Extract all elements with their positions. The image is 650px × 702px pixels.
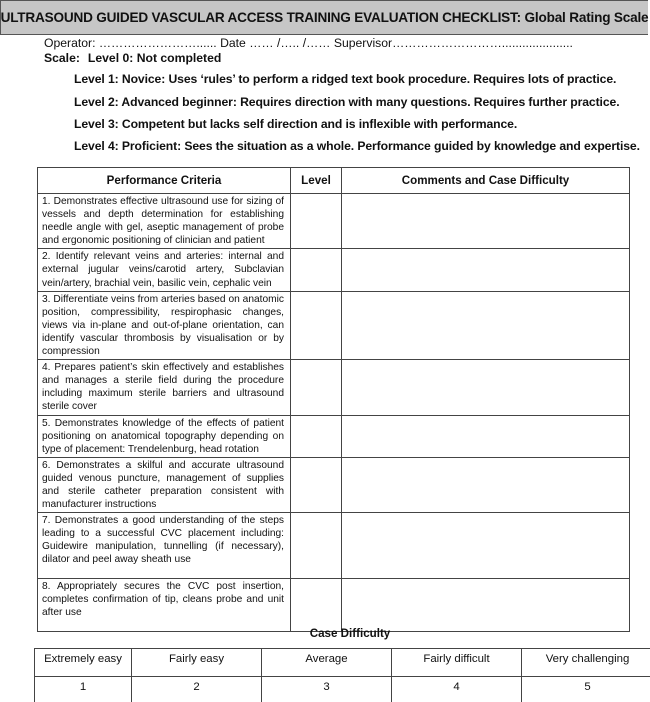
difficulty-values-row: 1 2 3 4 5 — [35, 677, 650, 702]
criterion-text: 6. Demonstrates a skilful and accurate u… — [38, 457, 291, 512]
table-row: 3. Differentiate veins from arteries bas… — [38, 291, 630, 359]
comments-cell[interactable] — [342, 249, 630, 291]
table-row: 7. Demonstrates a good understanding of … — [38, 513, 630, 579]
scale-level-2: Level 2: Advanced beginner: Requires dir… — [74, 95, 620, 109]
scale-label: Scale: — [44, 51, 80, 65]
level-cell[interactable] — [291, 360, 342, 415]
level-cell[interactable] — [291, 415, 342, 457]
scale-level-text: Level 0: Not completed — [88, 51, 221, 65]
table-row: 5. Demonstrates knowledge of the effects… — [38, 415, 630, 457]
difficulty-option-2[interactable]: 2 — [132, 677, 262, 702]
level-cell[interactable] — [291, 513, 342, 579]
difficulty-option-5[interactable]: 5 — [522, 677, 650, 702]
level-cell[interactable] — [291, 194, 342, 249]
checklist-title: ULTRASOUND GUIDED VASCULAR ACCESS TRAINI… — [1, 10, 649, 25]
level-cell[interactable] — [291, 457, 342, 512]
comments-cell[interactable] — [342, 360, 630, 415]
header-comments: Comments and Case Difficulty — [342, 168, 630, 194]
table-row: 6. Demonstrates a skilful and accurate u… — [38, 457, 630, 512]
difficulty-label: Very challenging — [522, 649, 650, 677]
criterion-text: 2. Identify relevant veins and arteries:… — [38, 249, 291, 291]
difficulty-label: Fairly difficult — [392, 649, 522, 677]
scale-level-0: Scale:Level 0: Not completed — [44, 51, 221, 65]
header-level: Level — [291, 168, 342, 194]
comments-cell[interactable] — [342, 579, 630, 632]
table-row: 4. Prepares patient’s skin effectively a… — [38, 360, 630, 415]
criteria-header-row: Performance Criteria Level Comments and … — [38, 168, 630, 194]
checklist-title-bar: ULTRASOUND GUIDED VASCULAR ACCESS TRAINI… — [0, 0, 648, 35]
comments-cell[interactable] — [342, 513, 630, 579]
performance-criteria-table: Performance Criteria Level Comments and … — [37, 167, 630, 632]
criterion-text: 8. Appropriately secures the CVC post in… — [38, 579, 291, 632]
difficulty-label: Average — [262, 649, 392, 677]
difficulty-label: Extremely easy — [35, 649, 132, 677]
criterion-text: 3. Differentiate veins from arteries bas… — [38, 291, 291, 359]
difficulty-label: Fairly easy — [132, 649, 262, 677]
level-cell[interactable] — [291, 579, 342, 632]
case-difficulty-table: Extremely easy Fairly easy Average Fairl… — [34, 648, 650, 702]
table-row: 8. Appropriately secures the CVC post in… — [38, 579, 630, 632]
level-cell[interactable] — [291, 249, 342, 291]
criterion-text: 5. Demonstrates knowledge of the effects… — [38, 415, 291, 457]
scale-level-4: Level 4: Proficient: Sees the situation … — [74, 139, 640, 153]
scale-level-1: Level 1: Novice: Uses ‘rules’ to perform… — [74, 72, 616, 86]
table-row: 1. Demonstrates effective ultrasound use… — [38, 194, 630, 249]
header-performance-criteria: Performance Criteria — [38, 168, 291, 194]
case-difficulty-title: Case Difficulty — [0, 627, 650, 640]
criterion-text: 4. Prepares patient’s skin effectively a… — [38, 360, 291, 415]
scale-level-3: Level 3: Competent but lacks self direct… — [74, 117, 517, 131]
comments-cell[interactable] — [342, 457, 630, 512]
comments-cell[interactable] — [342, 415, 630, 457]
comments-cell[interactable] — [342, 194, 630, 249]
criterion-text: 7. Demonstrates a good understanding of … — [38, 513, 291, 579]
level-cell[interactable] — [291, 291, 342, 359]
criterion-text: 1. Demonstrates effective ultrasound use… — [38, 194, 291, 249]
operator-date-supervisor-line: Operator: ……………………...... Date …… /….. /…… — [44, 36, 573, 50]
difficulty-option-3[interactable]: 3 — [262, 677, 392, 702]
table-row: 2. Identify relevant veins and arteries:… — [38, 249, 630, 291]
difficulty-labels-row: Extremely easy Fairly easy Average Fairl… — [35, 649, 650, 677]
difficulty-option-1[interactable]: 1 — [35, 677, 132, 702]
difficulty-option-4[interactable]: 4 — [392, 677, 522, 702]
comments-cell[interactable] — [342, 291, 630, 359]
